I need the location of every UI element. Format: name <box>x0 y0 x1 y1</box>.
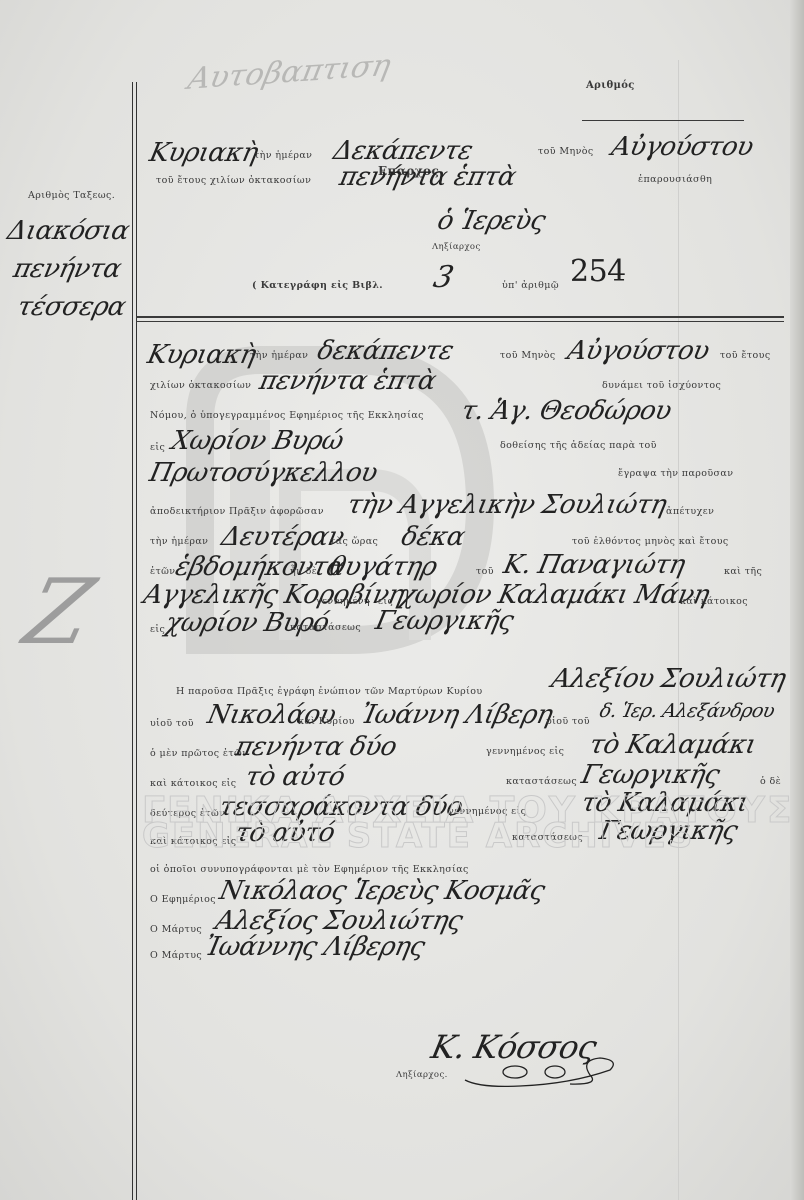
header-print-year: τοῦ ἔτους χιλίων ὀκτακοσίων <box>156 175 311 186</box>
header-print-month: τοῦ Μηνὸς <box>538 146 594 157</box>
header-hand-name: ὁ Ἱερεὺς <box>435 206 548 236</box>
row1-print-month: τοῦ Μηνὸς <box>500 350 556 361</box>
row9-print-resident: καὶ κάτοικος <box>680 596 748 607</box>
row8-print-was: ἦν δὲ <box>290 566 317 577</box>
row7-print-month: τοῦ ἐλθόντος μηνὸς καὶ ἔτους <box>572 536 729 547</box>
row3-hand-church: τ. Ἁγ. Θεοδώρου <box>459 396 674 426</box>
header-hand-day: Κυριακὴ <box>147 138 261 168</box>
wr2-hand-age: πενήντα δύο <box>233 732 399 762</box>
wr1-print-son: υἱοῦ τοῦ <box>150 718 194 729</box>
wr2-print-born: γεννημένος εἰς <box>486 746 564 757</box>
order-number-hand-1: Διακόσια <box>5 216 132 246</box>
row2-print: χιλίων ὀκτακοσίων <box>150 380 251 391</box>
row1-print-year: τοῦ ἔτους <box>720 350 771 361</box>
row4-hand-village: Χωρίον Βυρώ <box>169 426 346 456</box>
row6-print-died: ἀπέτυχεν <box>666 506 714 517</box>
order-number-label: Αριθμὸς Ταξεως. <box>28 190 115 201</box>
wr1-hand-witness2: Ἰωάννη Λίβερη <box>359 700 555 730</box>
row2-hand-year: πενήντα ἑπτὰ <box>257 366 439 396</box>
row1-hand-month: Αὐγούστου <box>565 336 712 366</box>
registrar-label: Ληξίαρχος. <box>396 1070 448 1080</box>
row8-print-and: καὶ τῆς <box>724 566 762 577</box>
wr3-hand-residence: τὸ αὐτό <box>243 762 348 792</box>
row7-print-hours: τὰς ὥρας <box>330 536 378 547</box>
watermark-english: GENERAL STATE ARCHIVES <box>142 816 694 856</box>
margin-rule-left <box>132 82 133 1200</box>
row7-hand-hour: δέκα <box>399 522 468 552</box>
wr3-print-other: ὁ δὲ <box>760 776 781 787</box>
row8-print-of: τοῦ <box>476 566 494 577</box>
sig-witness2-label: Ο Μάρτυς <box>150 950 202 961</box>
row8-hand-age: ἑβδομήκοντα <box>173 552 347 582</box>
row7-hand-weekday: Δευτέραν <box>219 522 347 552</box>
row7-print-day: τὴν ἡμέραν <box>150 536 208 547</box>
row1-print-day: τὴν ἡμέραν <box>250 350 308 361</box>
registrar-label-top: Ληξίαρχος <box>432 242 481 252</box>
sig-witness1-label: Ο Μάρτυς <box>150 924 202 935</box>
section-divider-2 <box>136 321 784 322</box>
wr3-hand-occupation: Γεωργικῆς <box>579 760 722 790</box>
row8-hand-father: Κ. Παναγιώτη <box>501 550 688 580</box>
header-print-appeared: ἐπαρουσιάσθη <box>638 174 712 185</box>
sig-witness2-hand: Ἰωάννης Λίβερης <box>203 932 428 962</box>
row10-hand-occupation: Γεωργικῆς <box>373 606 516 636</box>
witnesses-intro-print: Η παροῦσα Πρᾶξις ἐγράφη ἐνώπιον τῶν Μαρτ… <box>176 686 483 697</box>
number-underline <box>582 120 744 121</box>
header-print-day: τὴν ἡμέραν <box>254 150 312 161</box>
section-divider-1 <box>136 316 784 318</box>
cosign-text: οἱ ὁποῖοι συνυπογράφονται μὲ τὸν Εφημέρι… <box>150 864 469 875</box>
witnesses-intro-hand: Αλεξίου Σουλιώτη <box>549 664 789 694</box>
row6-hand-subject: τὴν Αγγελικὴν Σουλιώτη <box>345 490 669 520</box>
record-number-label: ὑπ' ἀριθμῷ <box>502 280 559 291</box>
row6-print: ἀποδεικτήριον Πρᾶξιν ἀφορῶσαν <box>150 506 324 517</box>
margin-rule-right <box>136 82 137 1200</box>
wr1-print-son2: υἱοῦ τοῦ <box>546 716 590 727</box>
row10-print-status: καταστάσεως <box>290 622 361 633</box>
row8-hand-daughter: θυγάτηρ <box>327 552 440 582</box>
row9-print-born: γεννημένη <box>316 596 370 607</box>
wr1-hand-father2: δ. Ἱερ. Αλεξάνδρου <box>598 700 777 722</box>
row5-print-wrote: ἔγραψα τὴν παροῦσαν <box>618 468 733 479</box>
sig-priest-hand: Νικόλαος Ἱερεὺς Κοσμᾶς <box>217 876 548 906</box>
row4-print-in: εἰς <box>150 442 165 453</box>
document-page: Αυτοβαπτιση Αριθμός Επαρχος. Αριθμὸς Ταξ… <box>0 0 804 1200</box>
record-number: 254 <box>570 254 626 289</box>
row4-print-permission: δοθείσης τῆς ἀδείας παρὰ τοῦ <box>500 440 657 451</box>
registrar-flourish <box>460 1050 630 1090</box>
row1-hand-day: Κυριακὴ <box>145 340 259 370</box>
header-hand-year: πενήντα ἑπτὰ <box>337 162 519 192</box>
recorded-in-book-label: ( Κατεγράφη εἰς Βιβλ. <box>252 280 383 291</box>
right-faint-rule <box>678 60 679 1200</box>
wr3-print-resident: καὶ κάτοικος εἰς <box>150 778 237 789</box>
sig-priest-label: Ο Εφημέριος <box>150 894 216 905</box>
margin-mark: Ζ <box>15 560 104 665</box>
wr3-print-status: καταστάσεως <box>506 776 577 787</box>
number-label: Αριθμός <box>586 80 635 91</box>
wr1-print-and: καὶ Κυρίου <box>298 716 355 727</box>
row8-print-years: ἐτῶν <box>150 566 175 577</box>
row5-hand-authority: Πρωτοσύγκελλου <box>147 458 380 488</box>
order-number-hand-3: τέσσερα <box>15 292 129 322</box>
book-number: 3 <box>430 260 456 295</box>
order-number-hand-2: πενήντα <box>11 254 124 284</box>
row2-print-law: δυνάμει τοῦ ἰσχύοντος <box>602 380 721 391</box>
row1-hand-date: δεκάπεντε <box>315 336 456 366</box>
bleed-through-text: Αυτοβαπτιση <box>185 48 394 97</box>
page-edge <box>790 0 804 1200</box>
wr2-hand-birthplace: τὸ Καλαμάκι <box>587 730 759 760</box>
header-hand-month: Αὐγούστου <box>609 132 756 162</box>
row3-print: Νόμου, ὁ ὑπογεγραμμένος Εφημέριος τῆς Εκ… <box>150 410 424 421</box>
